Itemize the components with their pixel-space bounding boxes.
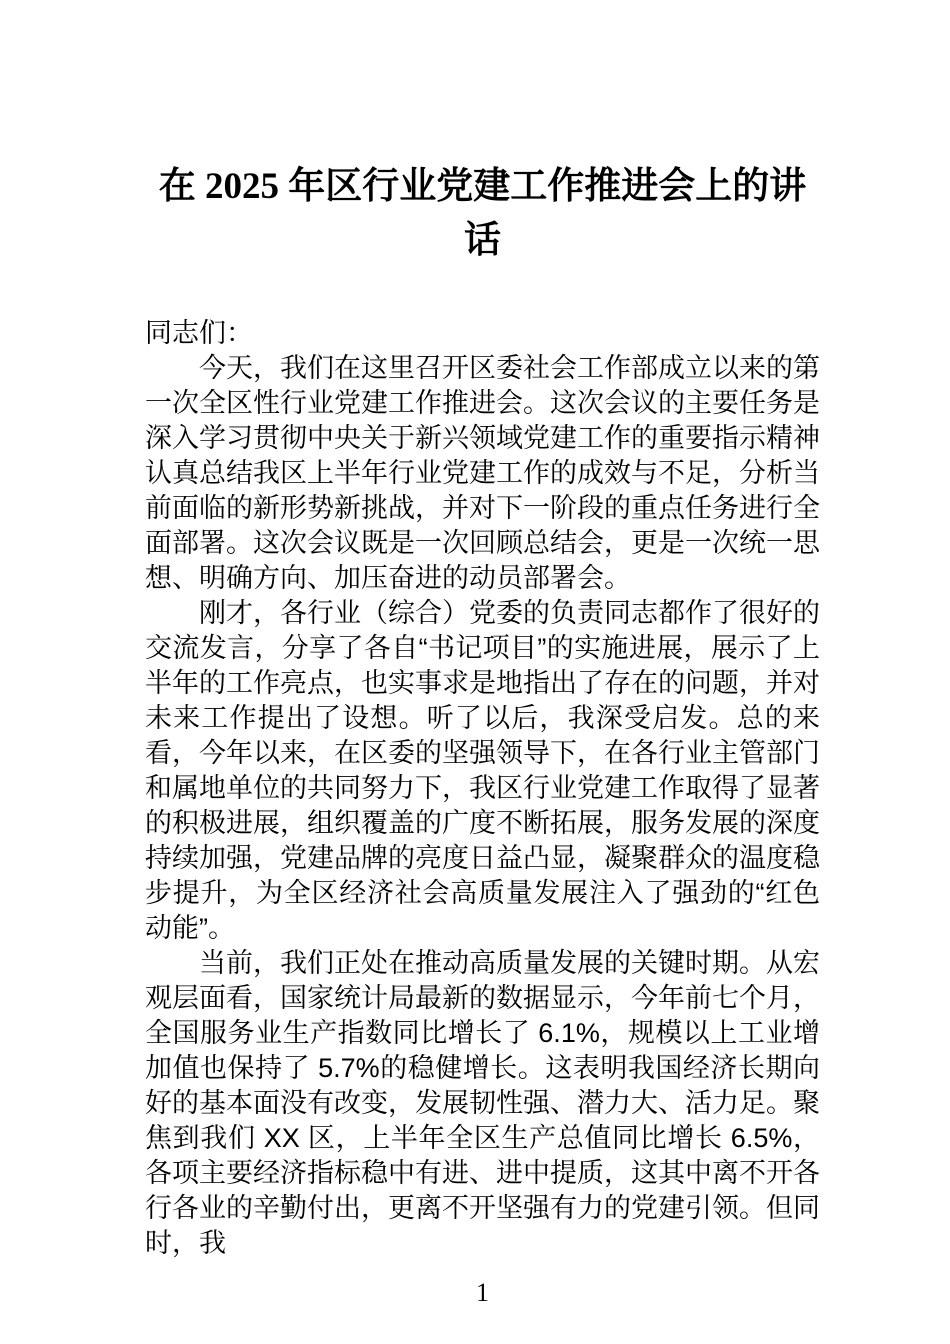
page-footer: 1 — [145, 1275, 820, 1310]
document-title: 在 2025 年区行业党建工作推进会上的讲话 — [145, 160, 820, 268]
paragraph-economy: 当前，我们正处在推动高质量发展的关键时期。从宏观层面看，国家统计局最新的数据显示… — [145, 946, 820, 1261]
salutation: 同志们： — [145, 316, 820, 351]
document-body: 同志们： 今天，我们在这里召开区委社会工作部成立以来的第一次全区性行业党建工作推… — [145, 316, 820, 1261]
paragraph-opening: 今天，我们在这里召开区委社会工作部成立以来的第一次全区性行业党建工作推进会。这次… — [145, 351, 820, 596]
document-page: 在 2025 年区行业党建工作推进会上的讲话 同志们： 今天，我们在这里召开区委… — [0, 0, 950, 1344]
paragraph-review: 刚才，各行业（综合）党委的负责同志都作了很好的交流发言，分享了各自“书记项目”的… — [145, 596, 820, 946]
page-number: 1 — [476, 1275, 489, 1310]
